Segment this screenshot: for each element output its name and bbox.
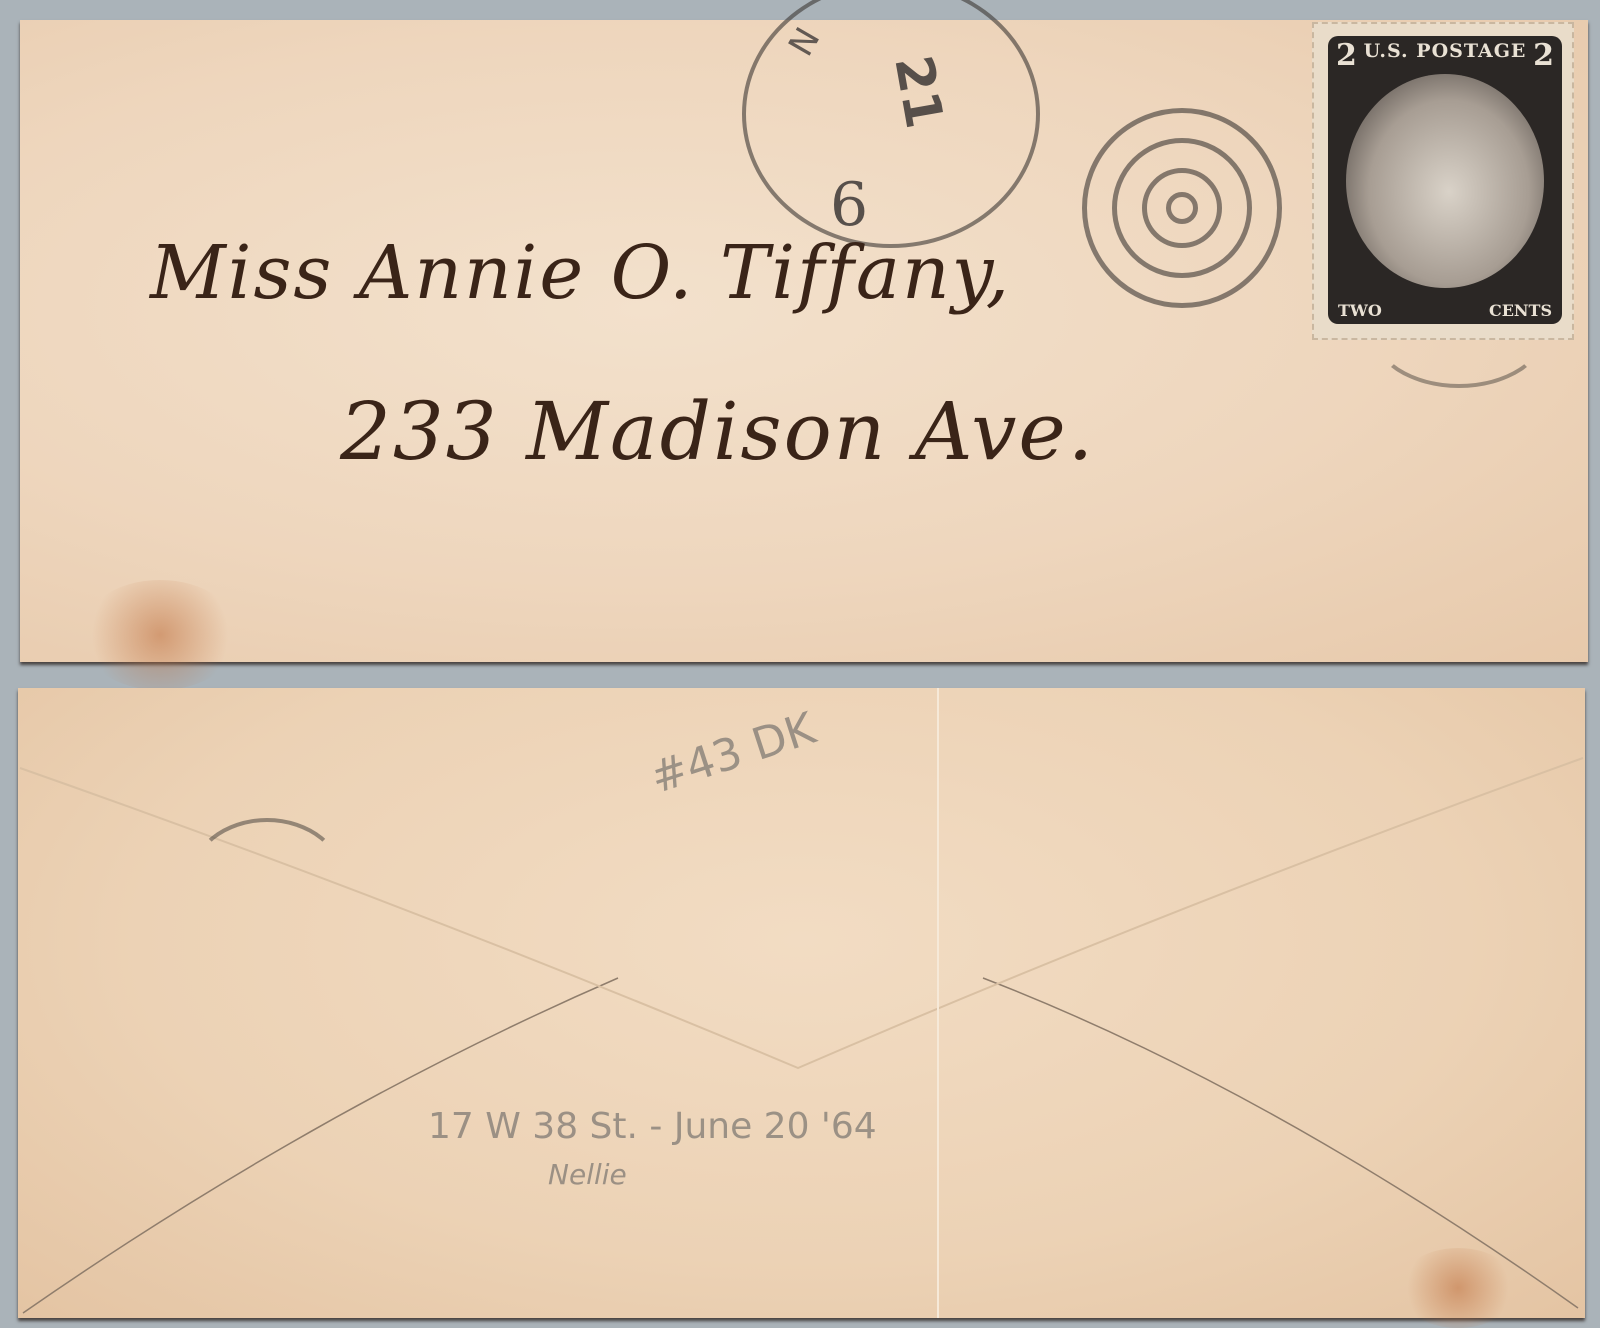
pencil-address-note: 17 W 38 St. - June 20 '64	[428, 1106, 877, 1147]
foxing-stain	[80, 580, 240, 690]
pencil-name-note: Nellie	[548, 1158, 627, 1191]
target-cancel	[1082, 108, 1282, 308]
envelope-flap-lines	[18, 688, 1585, 1318]
stamp-denomination-right: 2	[1533, 38, 1554, 73]
stamp-denomination-left: 2	[1336, 38, 1357, 73]
envelope-back: #43 DK 17 W 38 St. - June 20 '64 Nellie	[18, 688, 1585, 1318]
street-address: 233 Madison Ave.	[340, 385, 1095, 478]
cancel-overflow	[1370, 270, 1548, 388]
postmark-day: 21	[882, 51, 954, 133]
foxing-stain	[1398, 1248, 1518, 1328]
backstamp-arc	[188, 818, 346, 946]
addressee-name: Miss Annie O. Tiffany,	[150, 230, 1011, 316]
stamp-title: U.S. POSTAGE	[1328, 40, 1562, 62]
jackson-portrait	[1346, 74, 1544, 288]
